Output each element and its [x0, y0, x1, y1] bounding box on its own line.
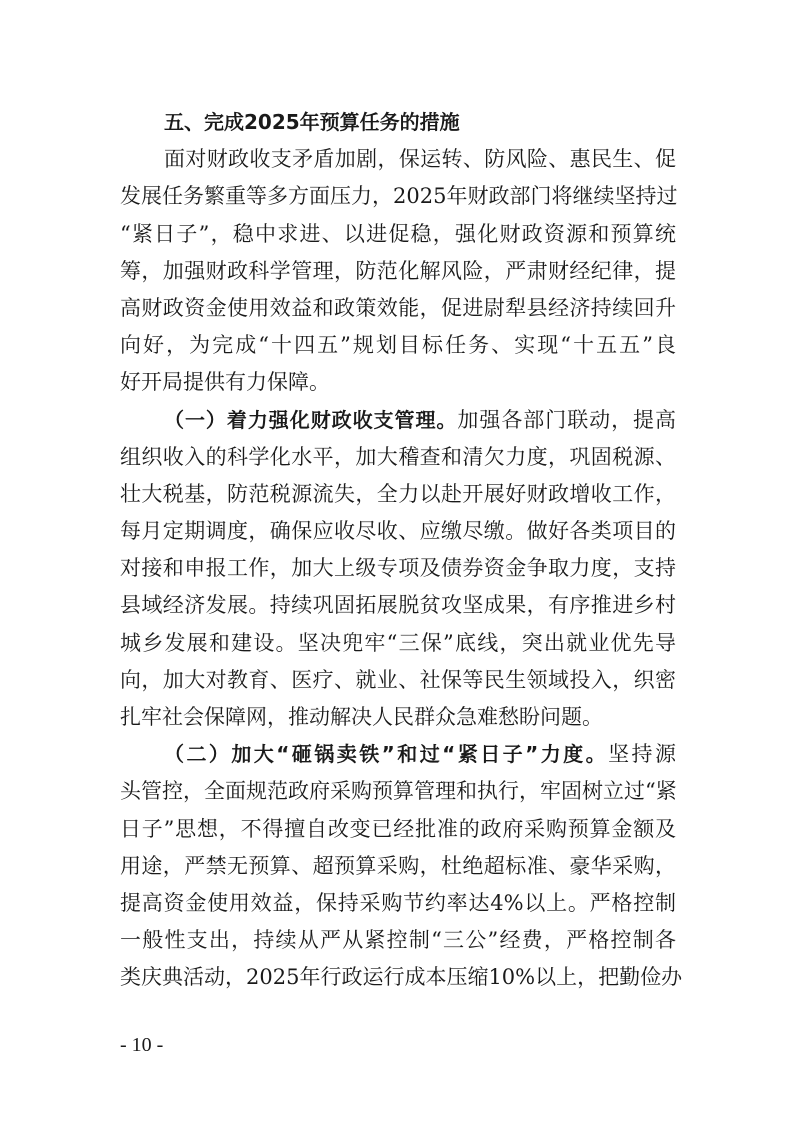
subsection-2-title: （二）加大“砸锅卖铁”和过“紧日子”力度。: [164, 742, 608, 766]
paragraph-line: 一般性支出，持续从严从紧控制“三公”经费，严格控制各: [120, 922, 676, 959]
subsection-1-paragraph: （一）着力强化财政收支管理。加强各部门联动，提高 组织收入的科学化水平，加大稽查…: [120, 402, 676, 737]
paragraph-line: 组织收入的科学化水平，加大稽查和清欠力度，巩固税源、: [120, 439, 676, 476]
paragraph-line: 头管控，全面规范政府采购预算管理和执行，牢固树立过“紧: [120, 773, 676, 810]
paragraph-line: 每月定期调度，确保应收尽收、应缴尽缴。做好各类项目的: [120, 513, 676, 550]
paragraph-line: 类庆典活动，2025年行政运行成本压缩10%以上，把勤俭办: [120, 959, 676, 996]
paragraph-line: 扎牢社会保障网，推动解决人民群众急难愁盼问题。: [120, 699, 676, 736]
paragraph-line: 壮大税基，防范税源流失，全力以赴开展好财政增收工作，: [120, 476, 676, 513]
paragraph-line: 高财政资金使用效益和政策效能，促进尉犁县经济持续回升: [120, 290, 676, 327]
paragraph-line: 面对财政收支矛盾加剧，保运转、防风险、惠民生、促: [120, 141, 676, 178]
paragraph-line: 用途，严禁无预算、超预算采购，杜绝超标准、豪华采购，: [120, 848, 676, 885]
paragraph-line: 向，加大对教育、医疗、就业、社保等民生领域投入，织密: [120, 662, 676, 699]
subsection-2-first-line-text: 坚持源: [608, 742, 676, 766]
paragraph-line: （二）加大“砸锅卖铁”和过“紧日子”力度。坚持源: [120, 736, 676, 773]
subsection-1-first-line-text: 加强各部门联动，提高: [457, 408, 676, 432]
subsection-1-title: （一）着力强化财政收支管理。: [164, 408, 457, 432]
paragraph-line: 向好，为完成“十四五”规划目标任务、实现“十五五”良: [120, 327, 676, 364]
page-number: - 10 -: [120, 1034, 163, 1057]
paragraph-line: 县域经济发展。持续巩固拓展脱贫攻坚成果，有序推进乡村: [120, 587, 676, 624]
paragraph-line: “紧日子”，稳中求进、以进促稳，强化财政资源和预算统: [120, 216, 676, 253]
document-page: 五、完成2025年预算任务的措施 面对财政收支矛盾加剧，保运转、防风险、惠民生、…: [120, 104, 676, 997]
paragraph-line: 筹，加强财政科学管理，防范化解风险，严肃财经纪律，提: [120, 253, 676, 290]
subsection-2-paragraph: （二）加大“砸锅卖铁”和过“紧日子”力度。坚持源 头管控，全面规范政府采购预算管…: [120, 736, 676, 996]
paragraph-line: 提高资金使用效益，保持采购节约率达4%以上。严格控制: [120, 885, 676, 922]
paragraph-line: 对接和申报工作，加大上级专项及债券资金争取力度，支持: [120, 550, 676, 587]
intro-paragraph: 面对财政收支矛盾加剧，保运转、防风险、惠民生、促 发展任务繁重等多方面压力，20…: [120, 141, 676, 401]
section-heading: 五、完成2025年预算任务的措施: [120, 104, 676, 141]
paragraph-line: 好开局提供有力保障。: [120, 364, 676, 401]
paragraph-line: （一）着力强化财政收支管理。加强各部门联动，提高: [120, 402, 676, 439]
paragraph-line: 城乡发展和建设。坚决兜牢“三保”底线，突出就业优先导: [120, 625, 676, 662]
paragraph-line: 发展任务繁重等多方面压力，2025年财政部门将继续坚持过: [120, 178, 676, 215]
paragraph-line: 日子”思想，不得擅自改变已经批准的政府采购预算金额及: [120, 811, 676, 848]
